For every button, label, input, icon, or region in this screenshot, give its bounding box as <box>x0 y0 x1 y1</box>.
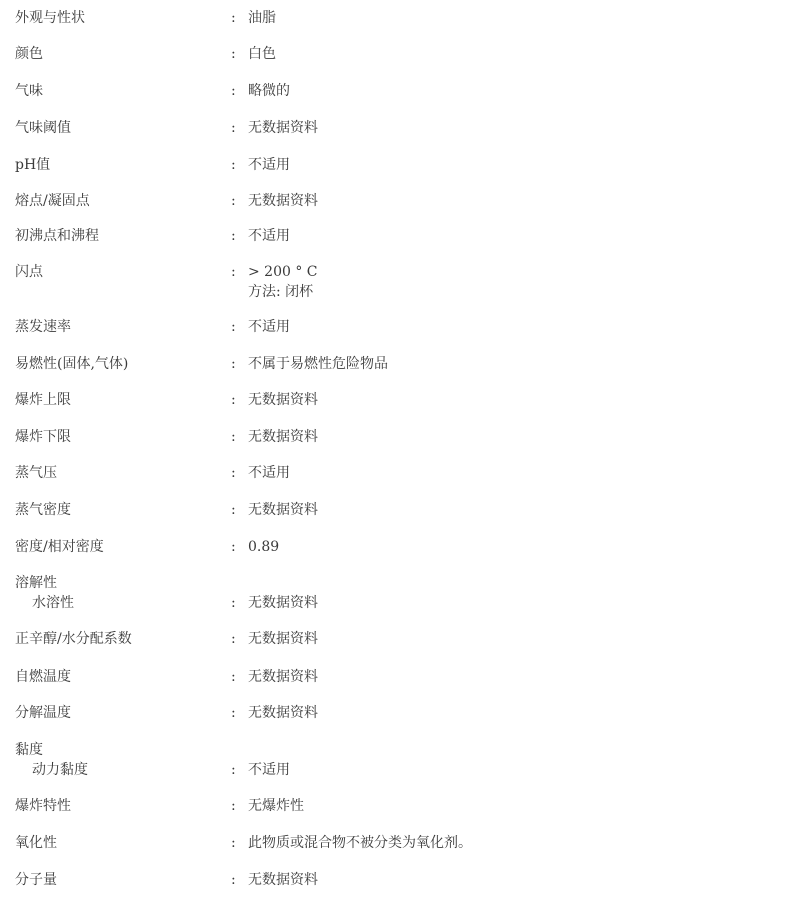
separator: : <box>231 703 236 723</box>
separator: : <box>231 463 236 483</box>
separator: : <box>231 191 236 211</box>
property-label: 气味阈值 <box>15 118 71 138</box>
property-sublabel: 水溶性 <box>32 593 74 613</box>
property-label: 爆炸特性 <box>15 796 71 816</box>
property-label: 闪点 <box>15 262 43 282</box>
property-value: 不适用 <box>248 155 290 175</box>
property-label: 气味 <box>15 81 43 101</box>
separator: : <box>231 667 236 687</box>
property-label: 自燃温度 <box>15 667 71 687</box>
separator: : <box>231 427 236 447</box>
property-value: > 200 ° C <box>248 262 318 282</box>
property-label: 易燃性(固体,气体) <box>15 354 128 374</box>
separator: : <box>231 226 236 246</box>
separator: : <box>231 870 236 890</box>
property-value: 无数据资料 <box>248 703 318 723</box>
property-label: 分解温度 <box>15 703 71 723</box>
property-label: 颜色 <box>15 44 43 64</box>
property-value: 无数据资料 <box>248 500 318 520</box>
property-value: 不适用 <box>248 317 290 337</box>
property-value: 油脂 <box>248 8 276 28</box>
property-label: 蒸气压 <box>15 463 57 483</box>
property-label: 氧化性 <box>15 833 57 853</box>
property-label: 爆炸下限 <box>15 427 71 447</box>
property-value: 无爆炸性 <box>248 796 304 816</box>
property-value: 略微的 <box>248 81 290 101</box>
separator: : <box>231 317 236 337</box>
property-value: 不适用 <box>248 226 290 246</box>
property-value: 不属于易燃性危险物品 <box>248 354 388 374</box>
separator: : <box>231 833 236 853</box>
separator: : <box>231 262 236 282</box>
property-value-method: 方法: 闭杯 <box>248 282 313 302</box>
separator: : <box>231 8 236 28</box>
separator: : <box>231 118 236 138</box>
property-value: 无数据资料 <box>248 667 318 687</box>
property-value: 白色 <box>248 44 276 64</box>
property-value: 无数据资料 <box>248 390 318 410</box>
property-value: 无数据资料 <box>248 118 318 138</box>
separator: : <box>231 593 236 613</box>
separator: : <box>231 354 236 374</box>
separator: : <box>231 81 236 101</box>
property-label: 密度/相对密度 <box>15 537 104 557</box>
property-label: 蒸气密度 <box>15 500 71 520</box>
separator: : <box>231 537 236 557</box>
separator: : <box>231 500 236 520</box>
property-value: 无数据资料 <box>248 629 318 649</box>
property-label: pH值 <box>15 155 50 175</box>
property-value: 无数据资料 <box>248 427 318 447</box>
property-label: 蒸发速率 <box>15 317 71 337</box>
separator: : <box>231 629 236 649</box>
property-label: 爆炸上限 <box>15 390 71 410</box>
property-label: 分子量 <box>15 870 57 890</box>
separator: : <box>231 155 236 175</box>
property-label: 熔点/凝固点 <box>15 191 90 211</box>
property-value: 此物质或混合物不被分类为氧化剂。 <box>248 833 472 853</box>
property-value: 无数据资料 <box>248 191 318 211</box>
property-value: 0.89 <box>248 537 279 557</box>
property-value: 无数据资料 <box>248 870 318 890</box>
property-value: 不适用 <box>248 760 290 780</box>
separator: : <box>231 44 236 64</box>
separator: : <box>231 796 236 816</box>
property-value: 不适用 <box>248 463 290 483</box>
property-group-label: 溶解性 <box>15 573 57 593</box>
property-label: 正辛醇/水分配系数 <box>15 629 132 649</box>
property-group-label: 黏度 <box>15 740 43 760</box>
property-label: 初沸点和沸程 <box>15 226 99 246</box>
property-sublabel: 动力黏度 <box>32 760 88 780</box>
separator: : <box>231 760 236 780</box>
property-label: 外观与性状 <box>15 8 85 28</box>
property-value: 无数据资料 <box>248 593 318 613</box>
separator: : <box>231 390 236 410</box>
